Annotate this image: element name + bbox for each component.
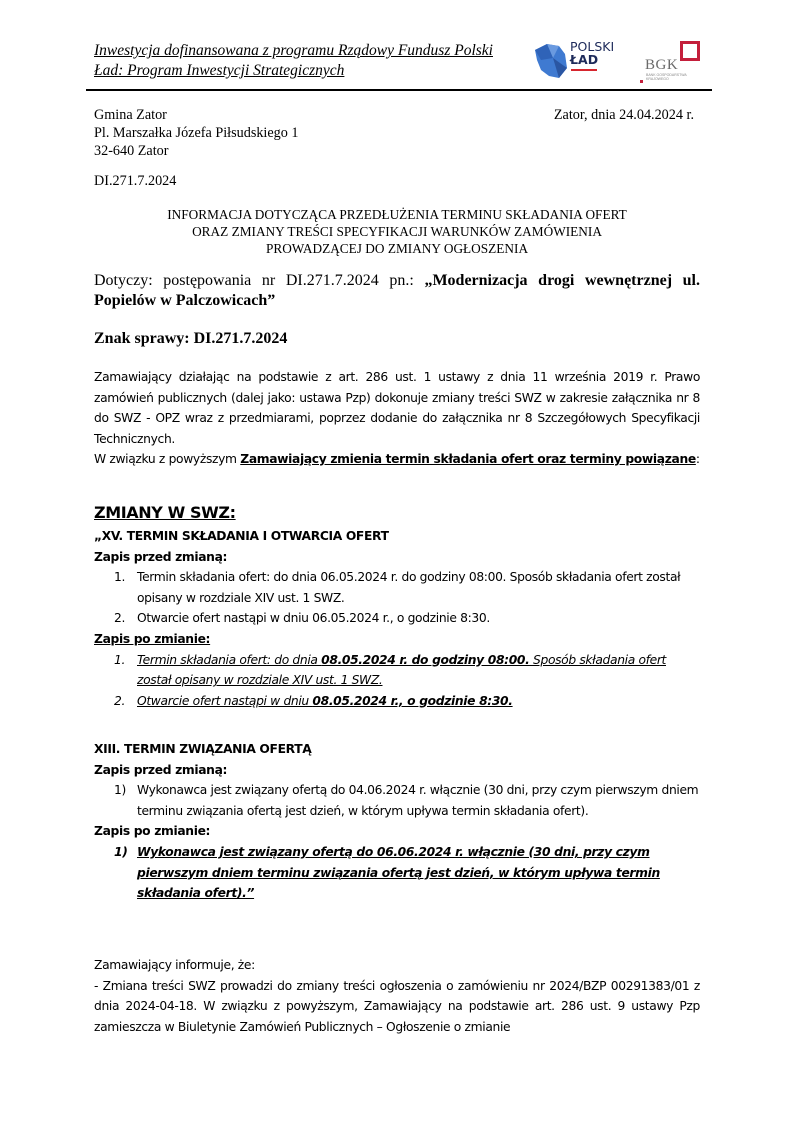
subject: Dotyczy: postępowania nr DI.271.7.2024 p… [94, 271, 700, 311]
section-xiii-before-label: Zapis przed zmianą: [94, 760, 700, 781]
closing-lead: Zamawiający informuje, że: [94, 955, 700, 976]
list-item: 2.Otwarcie ofert nastąpi w dniu 08.05.20… [94, 691, 700, 712]
changes-heading: ZMIANY W SWZ: [94, 503, 236, 522]
funding-line-1: Inwestycja dofinansowana z programu Rząd… [94, 41, 524, 61]
subject-prefix: Dotyczy: postępowania nr DI.271.7.2024 p… [94, 272, 424, 289]
section-xv-heading: „XV. TERMIN SKŁADANIA I OTWARCIA OFERT [94, 526, 700, 547]
intro-change-statement: W związku z powyższym Zamawiający zmieni… [94, 449, 700, 470]
section-xv-before-label: Zapis przed zmianą: [94, 547, 700, 568]
reference-number: DI.271.7.2024 [94, 172, 176, 190]
list-text: Termin składania ofert: do dnia 06.05.20… [137, 570, 680, 605]
intro-emphasis: Zamawiający zmienia termin składania ofe… [240, 452, 696, 466]
list-number: 1. [114, 567, 125, 588]
case-number: Znak sprawy: DI.271.7.2024 [94, 330, 287, 348]
list-number: 2. [114, 608, 125, 629]
title-line-2: ORAZ ZMIANY TREŚCI SPECYFIKACJI WARUNKÓW… [94, 223, 700, 240]
intro-end: : [696, 452, 700, 466]
polski-lad-flag-bar [571, 69, 597, 71]
bgk-subtitle: BANK GOSPODARSTWA KRAJOWEGO [646, 73, 706, 81]
closing-paragraph: Zamawiający informuje, że: - Zmiana treś… [94, 955, 700, 1037]
sender-name: Gmina Zator [94, 106, 299, 124]
section-xiii-heading: XIII. TERMIN ZWIĄZANIA OFERTĄ [94, 739, 700, 760]
sender-city: 32-640 Zator [94, 142, 299, 160]
document-page: Inwestycja dofinansowana z programu Rząd… [0, 0, 794, 1123]
list-text: Otwarcie ofert nastąpi w dniu 06.05.2024… [137, 611, 490, 625]
document-title: INFORMACJA DOTYCZĄCA PRZEDŁUŻENIA TERMIN… [94, 206, 700, 257]
list-text-bold: 08.05.2024 r. do godziny 08:00. [321, 653, 529, 667]
section-xiii: XIII. TERMIN ZWIĄZANIA OFERTĄ Zapis prze… [94, 739, 700, 904]
polski-lad-line2: ŁAD [570, 53, 614, 66]
list-text: Otwarcie ofert nastąpi w dniu 08.05.2024… [137, 694, 513, 708]
sender-street: Pl. Marszałka Józefa Piłsudskiego 1 [94, 124, 299, 142]
list-item: 1)Wykonawca jest związany ofertą do 06.0… [94, 842, 700, 904]
section-xv-after-label: Zapis po zmianie: [94, 629, 700, 650]
closing-text: - Zmiana treści SWZ prowadzi do zmiany t… [94, 976, 700, 1038]
section-xiii-after-label: Zapis po zmianie: [94, 821, 700, 842]
funding-line-2: Ład: Program Inwestycji Strategicznych [94, 61, 524, 81]
list-text-pre: Otwarcie ofert nastąpi w dniu [137, 694, 312, 708]
polski-lad-wordmark: POLSKI ŁAD [570, 40, 614, 66]
intro-paragraph: Zamawiający działając na podstawie z art… [94, 367, 700, 470]
place-date: Zator, dnia 24.04.2024 r. [554, 106, 694, 124]
bgk-dot-icon [640, 80, 643, 83]
list-number: 1) [114, 780, 126, 801]
list-text: Wykonawca jest związany ofertą do 06.06.… [137, 845, 660, 900]
title-line-1: INFORMACJA DOTYCZĄCA PRZEDŁUŻENIA TERMIN… [94, 206, 700, 223]
list-item: 1)Wykonawca jest związany ofertą do 04.0… [94, 780, 700, 821]
section-xv: „XV. TERMIN SKŁADANIA I OTWARCIA OFERT Z… [94, 526, 700, 711]
header-divider [86, 89, 712, 91]
section-xiii-before-list: 1)Wykonawca jest związany ofertą do 04.0… [94, 780, 700, 821]
bgk-square-icon [680, 41, 700, 61]
list-text: Wykonawca jest związany ofertą do 04.06.… [137, 783, 698, 818]
section-xiii-after-list: 1)Wykonawca jest związany ofertą do 06.0… [94, 842, 700, 904]
bgk-wordmark: BGK [645, 57, 678, 74]
title-line-3: PROWADZĄCEJ DO ZMIANY OGŁOSZENIA [94, 240, 700, 257]
list-item: 1.Termin składania ofert: do dnia 08.05.… [94, 650, 700, 691]
intro-lead: W związku z powyższym [94, 452, 240, 466]
section-xv-after-list: 1.Termin składania ofert: do dnia 08.05.… [94, 650, 700, 712]
list-item: 2.Otwarcie ofert nastąpi w dniu 06.05.20… [94, 608, 700, 629]
funding-notice: Inwestycja dofinansowana z programu Rząd… [94, 41, 524, 81]
list-text: Termin składania ofert: do dnia 08.05.20… [137, 653, 666, 688]
section-xv-before-list: 1.Termin składania ofert: do dnia 06.05.… [94, 567, 700, 629]
list-text-pre: Termin składania ofert: do dnia [137, 653, 321, 667]
list-number: 1) [114, 842, 127, 863]
list-number: 1. [114, 650, 125, 671]
intro-text: Zamawiający działając na podstawie z art… [94, 367, 700, 449]
list-item: 1.Termin składania ofert: do dnia 06.05.… [94, 567, 700, 608]
list-number: 2. [114, 691, 125, 712]
list-text-bold: 08.05.2024 r., o godzinie 8:30. [312, 694, 512, 708]
sender-address: Gmina Zator Pl. Marszałka Józefa Piłsuds… [94, 106, 299, 160]
